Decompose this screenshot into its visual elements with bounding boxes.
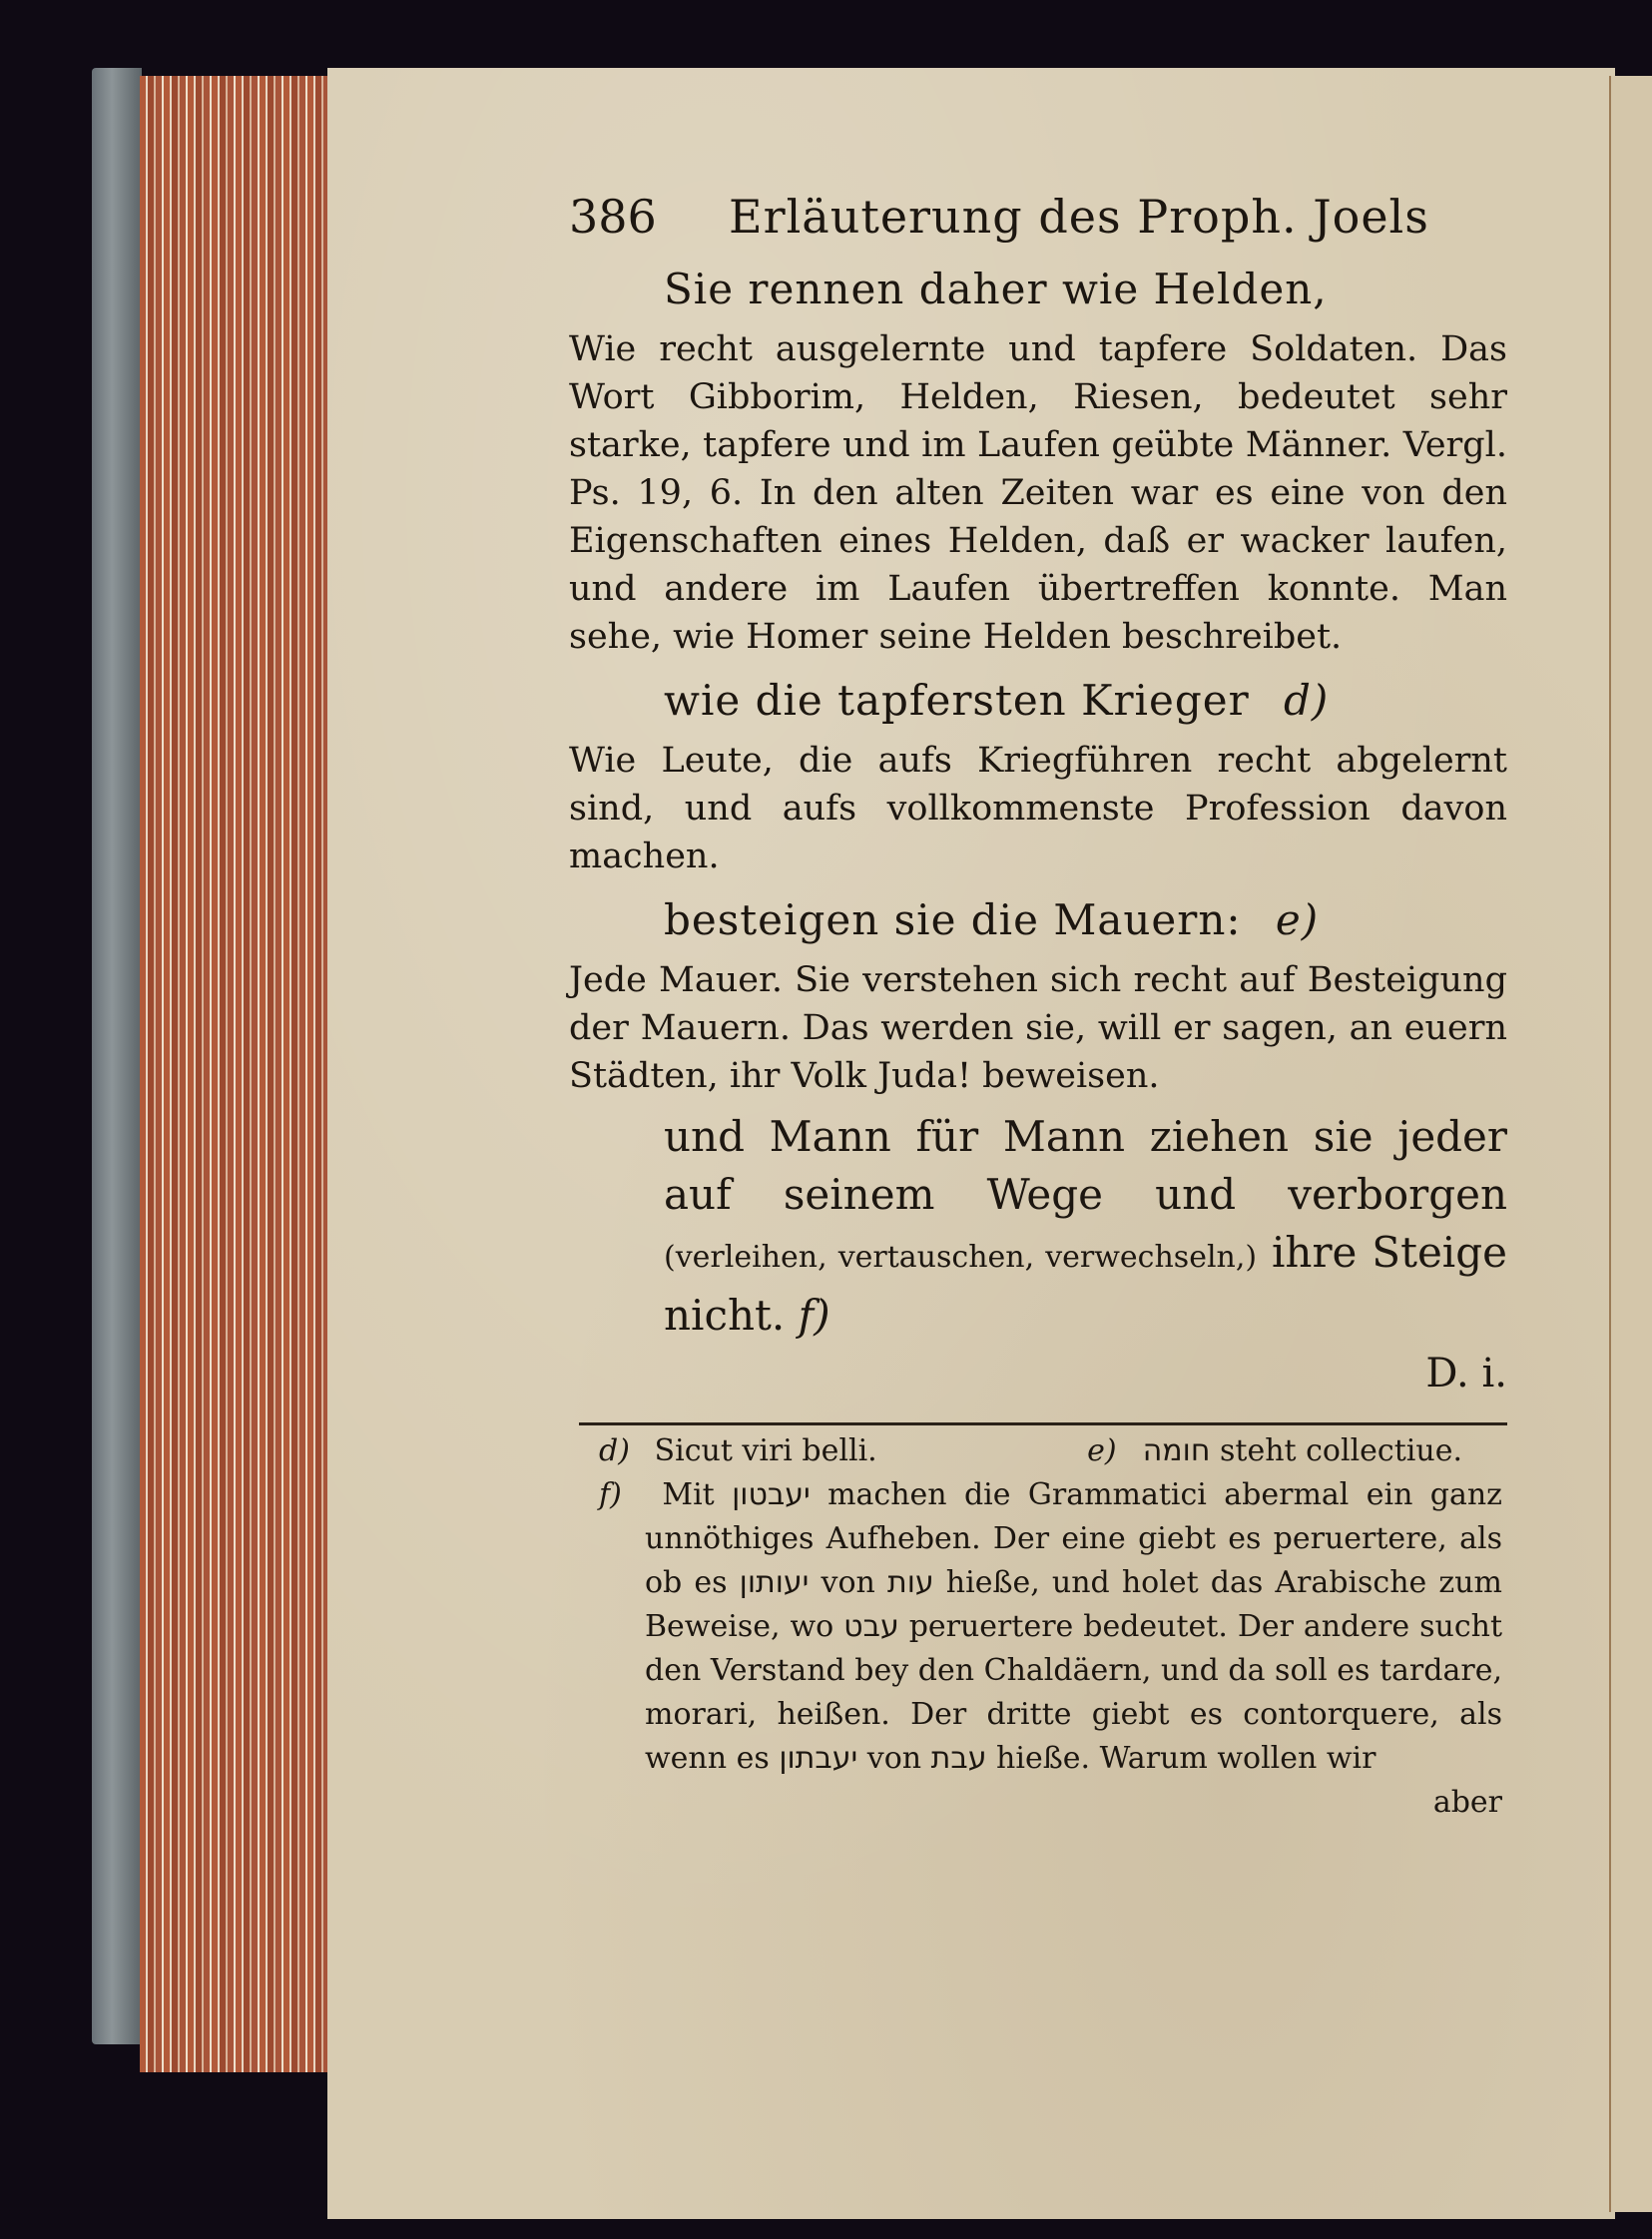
hebrew-word: עות [887,1565,934,1600]
verse-text: Sie rennen daher wie Helden, [664,265,1328,313]
footnote-e: e) חומה steht collectiue. [1087,1429,1462,1473]
footnote-separator [579,1422,1507,1425]
page-number: 386 [569,190,657,244]
verse-line: Sie rennen daher wie Helden, [569,260,1507,319]
footnote-row: d) Sicut viri belli. e) חומה steht colle… [599,1429,1502,1473]
commentary-paragraph: Wie Leute, die aufs Kriegführen recht ab… [569,737,1507,880]
verse-text: wie die tapfersten Krieger [664,676,1250,725]
footnote-text: steht collectiue. [1220,1433,1462,1468]
commentary-paragraph: Wie recht ausgelernte und tapfere Soldat… [569,325,1507,661]
footnote-ref-e: e) [1276,895,1319,944]
commentary-paragraph: Jede Mauer. Sie verstehen sich recht auf… [569,956,1507,1100]
footnote-d: d) Sicut viri belli. [599,1429,877,1473]
footnote-text: von [867,1741,921,1776]
main-text: 386 Erläuterung des Proph. Joels Sie ren… [569,180,1507,1399]
footnote-text: von [822,1565,875,1600]
hebrew-word: עבט [843,1609,899,1644]
hebrew-word: חומה [1143,1433,1211,1468]
verse-text: und Mann für Mann ziehen sie jeder auf s… [664,1112,1507,1219]
verse-parenthetical: (verleihen, vertauschen, verwechseln,) [664,1240,1257,1275]
verse-line: besteigen sie die Mauern: e) [569,890,1507,950]
page-edges-red [140,76,329,2072]
footnote-text: hieße. Warum wollen wir [996,1741,1376,1776]
hebrew-word: יעותון [740,1565,810,1600]
footnotes: d) Sicut viri belli. e) חומה steht colle… [599,1429,1502,1825]
footnote-text: Sicut viri belli. [655,1433,877,1468]
running-head-title: Erläuterung des Proph. Joels [729,190,1429,244]
catchword-main: D. i. [569,1349,1507,1399]
catchword-footnote: aber [599,1781,1502,1825]
footnote-ref-f: f) [799,1291,830,1340]
verse-block: und Mann für Mann ziehen sie jeder auf s… [569,1108,1507,1345]
footnote-mark: e) [1087,1429,1133,1473]
verse-text: besteigen sie die Mauern: [664,895,1242,944]
footnote-text: Mit [662,1477,714,1512]
footnote-ref-d: d) [1284,676,1329,725]
footnote-mark: d) [599,1429,645,1473]
hebrew-word: עבת [931,1741,987,1776]
verse-line: wie die tapfersten Krieger d) [569,671,1507,731]
running-head: 386 Erläuterung des Proph. Joels [569,180,1507,250]
footnote-mark: f) [599,1473,645,1517]
facing-page-edge [1609,76,1652,2212]
footnote-f: f) Mit יעבטון machen die Grammatici aber… [599,1473,1502,1781]
hebrew-word: יעבטון [732,1477,811,1512]
hebrew-word: יעבתון [779,1741,857,1776]
book-cover-edge [92,68,142,2044]
